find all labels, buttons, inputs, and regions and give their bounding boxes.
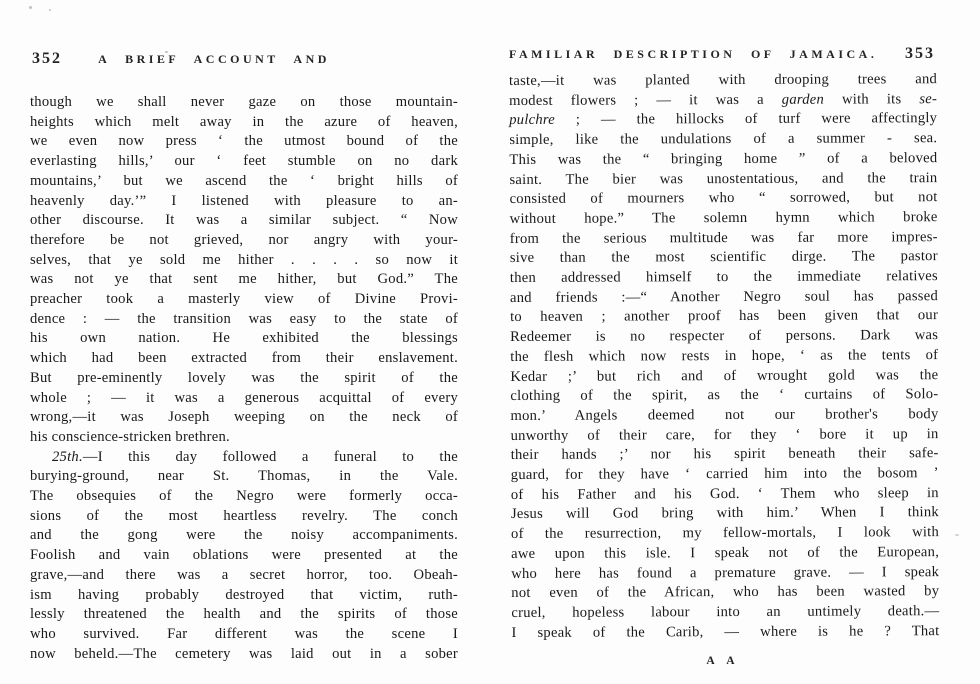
text-line: his own nation. He exhibited the blessin… — [30, 329, 458, 349]
text-line: wrong,—it was Joseph weeping on the neck… — [30, 408, 458, 428]
text-line: of the resurrection, my fellow-mortals, … — [511, 523, 939, 545]
text-line: Foolish and vain oblations were presente… — [30, 546, 458, 566]
left-page-header: 352 A BRIEF ACCOUNT AND — [30, 52, 458, 74]
text-line: who survived. Far different was the scen… — [30, 625, 458, 645]
text-line: not even of the African, who has been wa… — [511, 582, 939, 604]
text-line: unworthy of their care, for they ‘ bore … — [511, 425, 939, 447]
text-line: their hands ;’ nor his spirit beneath th… — [511, 444, 939, 466]
text-line: was not ye that sent me hither, but God.… — [30, 270, 458, 290]
text-line: and the gong were the noisy accompanimen… — [30, 526, 458, 546]
text-line: Jesus will God bring with him.’ When I t… — [511, 504, 939, 526]
text-line: 25th.—I this day followed a funeral to t… — [30, 448, 458, 468]
text-line: mon.’ Angels deemed not our brother's bo… — [510, 405, 938, 427]
text-line: and friends :—“ Another Negro soul has p… — [510, 287, 938, 309]
text-line: heights which melt away in the azure of … — [30, 113, 458, 133]
text-line: dence : — the transition was easy to the… — [30, 310, 458, 330]
text-line: saint. The bier was unostentatious, and … — [509, 169, 937, 191]
text-line: of his Father and his God. ‘ Them who sl… — [511, 484, 939, 506]
right-page-body: taste,—it was planted with drooping tree… — [509, 70, 939, 643]
text-line: pulchre ; — the hillocks of turf were af… — [509, 110, 937, 132]
text-line: from the serious multitude was far more … — [510, 228, 938, 250]
text-line: other discourse. It was a similar subjec… — [30, 211, 458, 231]
text-line: mountains,’ but we ascend the ‘ bright h… — [30, 172, 458, 192]
right-page-number: 353 — [905, 45, 935, 63]
text-line: which had been extracted from their ensl… — [30, 349, 458, 369]
signature-mark: A A — [509, 655, 937, 667]
scan-speck — [955, 534, 959, 536]
text-line: preacher took a masterly view of Divine … — [30, 290, 458, 310]
text-line: his conscience-stricken brethren. — [30, 428, 458, 448]
text-line: sive than the most scientific dirge. The… — [510, 247, 938, 269]
text-line: I speak of the Carib, — where is he ? Th… — [511, 622, 939, 644]
text-line: whole ; — it was a generous acquittal of… — [30, 389, 458, 409]
text-line: Kedar ;’ but rich and of wrought gold wa… — [510, 366, 938, 388]
text-line: therefore be not grieved, nor angry with… — [30, 231, 458, 251]
right-running-title: FAMILIAR DESCRIPTION OF JAMAICA. — [509, 47, 937, 62]
text-line: taste,—it was planted with drooping tree… — [509, 70, 937, 92]
scan-speck — [49, 9, 51, 11]
text-line: lessly threatened the health and the spi… — [30, 605, 458, 625]
text-line: ism having probably destroyed that victi… — [30, 586, 458, 606]
text-line: sions of the most heartless revelry. The… — [30, 507, 458, 527]
text-line: grave,—and there was a secret horror, to… — [30, 566, 458, 586]
text-line: cruel, hopeless labour into an untimely … — [511, 602, 939, 624]
text-line: who here has found a premature grave. — … — [511, 563, 939, 585]
text-line: though we shall never gaze on those moun… — [30, 93, 458, 113]
text-line: everlasting hills,’ our ‘ feet stumble o… — [30, 152, 458, 172]
text-line: heavenly day.’” I listened with pleasure… — [30, 192, 458, 212]
text-line: But pre-eminently lovely was the spirit … — [30, 369, 458, 389]
text-line: we even now press ‘ the utmost bound of … — [30, 132, 458, 152]
text-line: awe upon this isle. I speak not of the E… — [511, 543, 939, 565]
text-line: the flesh which now rests in hope, ‘ as … — [510, 346, 938, 368]
left-page-body: though we shall never gaze on those moun… — [30, 93, 458, 664]
text-line: consisted of mourners who “ sorrowed, bu… — [510, 188, 938, 210]
text-line: burying-ground, near St. Thomas, in the … — [30, 467, 458, 487]
text-line: selves, that ye sold me hither . . . . s… — [30, 251, 458, 271]
text-line: guard, for they have ‘ carried him into … — [511, 464, 939, 486]
text-line: This was the “ bringing home ” of a belo… — [509, 149, 937, 171]
left-running-title: A BRIEF ACCOUNT AND — [30, 52, 458, 67]
text-line: Redeemer is no respecter of persons. Dar… — [510, 326, 938, 348]
text-line: then addressed himself to the immediate … — [510, 267, 938, 289]
text-line: simple, like the undulations of a summer… — [509, 129, 937, 151]
text-line: modest flowers ; — it was a garden with … — [509, 90, 937, 112]
scan-speck — [29, 6, 32, 9]
text-line: without hope.” The solemn hymn which bro… — [510, 208, 938, 230]
book-spread: 352 A BRIEF ACCOUNT AND though we shall … — [0, 0, 980, 684]
text-line: clothing of the spirit, as the ‘ curtain… — [510, 385, 938, 407]
text-line: now beheld.—The cemetery was laid out in… — [30, 645, 458, 665]
text-line: to heaven ; another proof has been given… — [510, 307, 938, 329]
right-page-header: FAMILIAR DESCRIPTION OF JAMAICA. 353 — [509, 47, 937, 69]
text-line: The obsequies of the Negro were formerly… — [30, 487, 458, 507]
